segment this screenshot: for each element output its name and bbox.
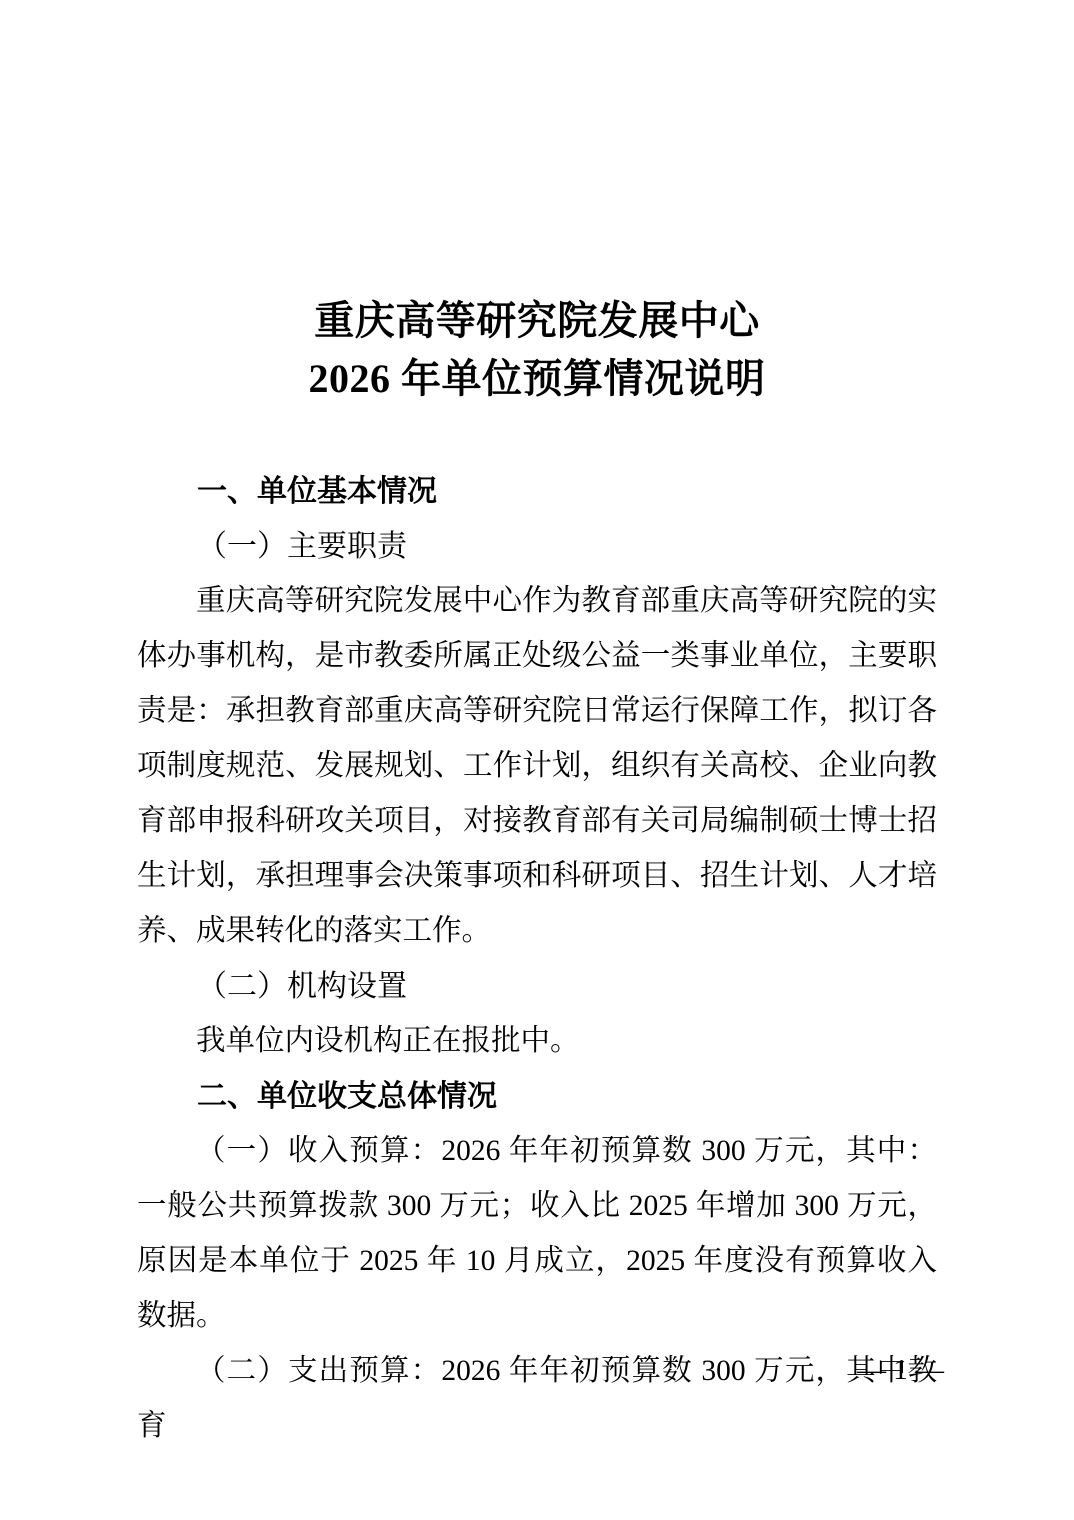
page-number: — 1 — xyxy=(857,1350,944,1390)
document-title-line1: 重庆高等研究院发展中心 xyxy=(0,292,1074,350)
document-page: 重庆高等研究院发展中心 2026 年单位预算情况说明 一、单位基本情况 （一）主… xyxy=(0,0,1074,1520)
section-2-item-2-lead: （二）支出预算： xyxy=(196,1355,441,1387)
document-title-line2: 2026 年单位预算情况说明 xyxy=(0,350,1074,408)
section-2-item-2-paragraph: （二）支出预算：2026 年年初预算数 300 万元，其中教育 xyxy=(137,1344,937,1454)
document-body: 一、单位基本情况 （一）主要职责 重庆高等研究院发展中心作为教育部重庆高等研究院… xyxy=(137,464,937,1454)
section-2-item-1-paragraph: （一）收入预算：2026 年年初预算数 300 万元，其中：一般公共预算拨款 3… xyxy=(137,1124,937,1344)
section-2-item-1-lead: （一）收入预算： xyxy=(196,1135,441,1167)
section-1-sub-1-paragraph: 重庆高等研究院发展中心作为教育部重庆高等研究院的实体办事机构，是市教委所属正处级… xyxy=(137,574,937,959)
section-1-sub-1-heading: （一）主要职责 xyxy=(137,519,937,574)
section-1-heading: 一、单位基本情况 xyxy=(137,464,937,519)
section-2-heading: 二、单位收支总体情况 xyxy=(137,1069,937,1124)
section-1-sub-2-paragraph: 我单位内设机构正在报批中。 xyxy=(137,1014,937,1069)
document-title: 重庆高等研究院发展中心 2026 年单位预算情况说明 xyxy=(0,292,1074,408)
section-1-sub-2-heading: （二）机构设置 xyxy=(137,959,937,1014)
